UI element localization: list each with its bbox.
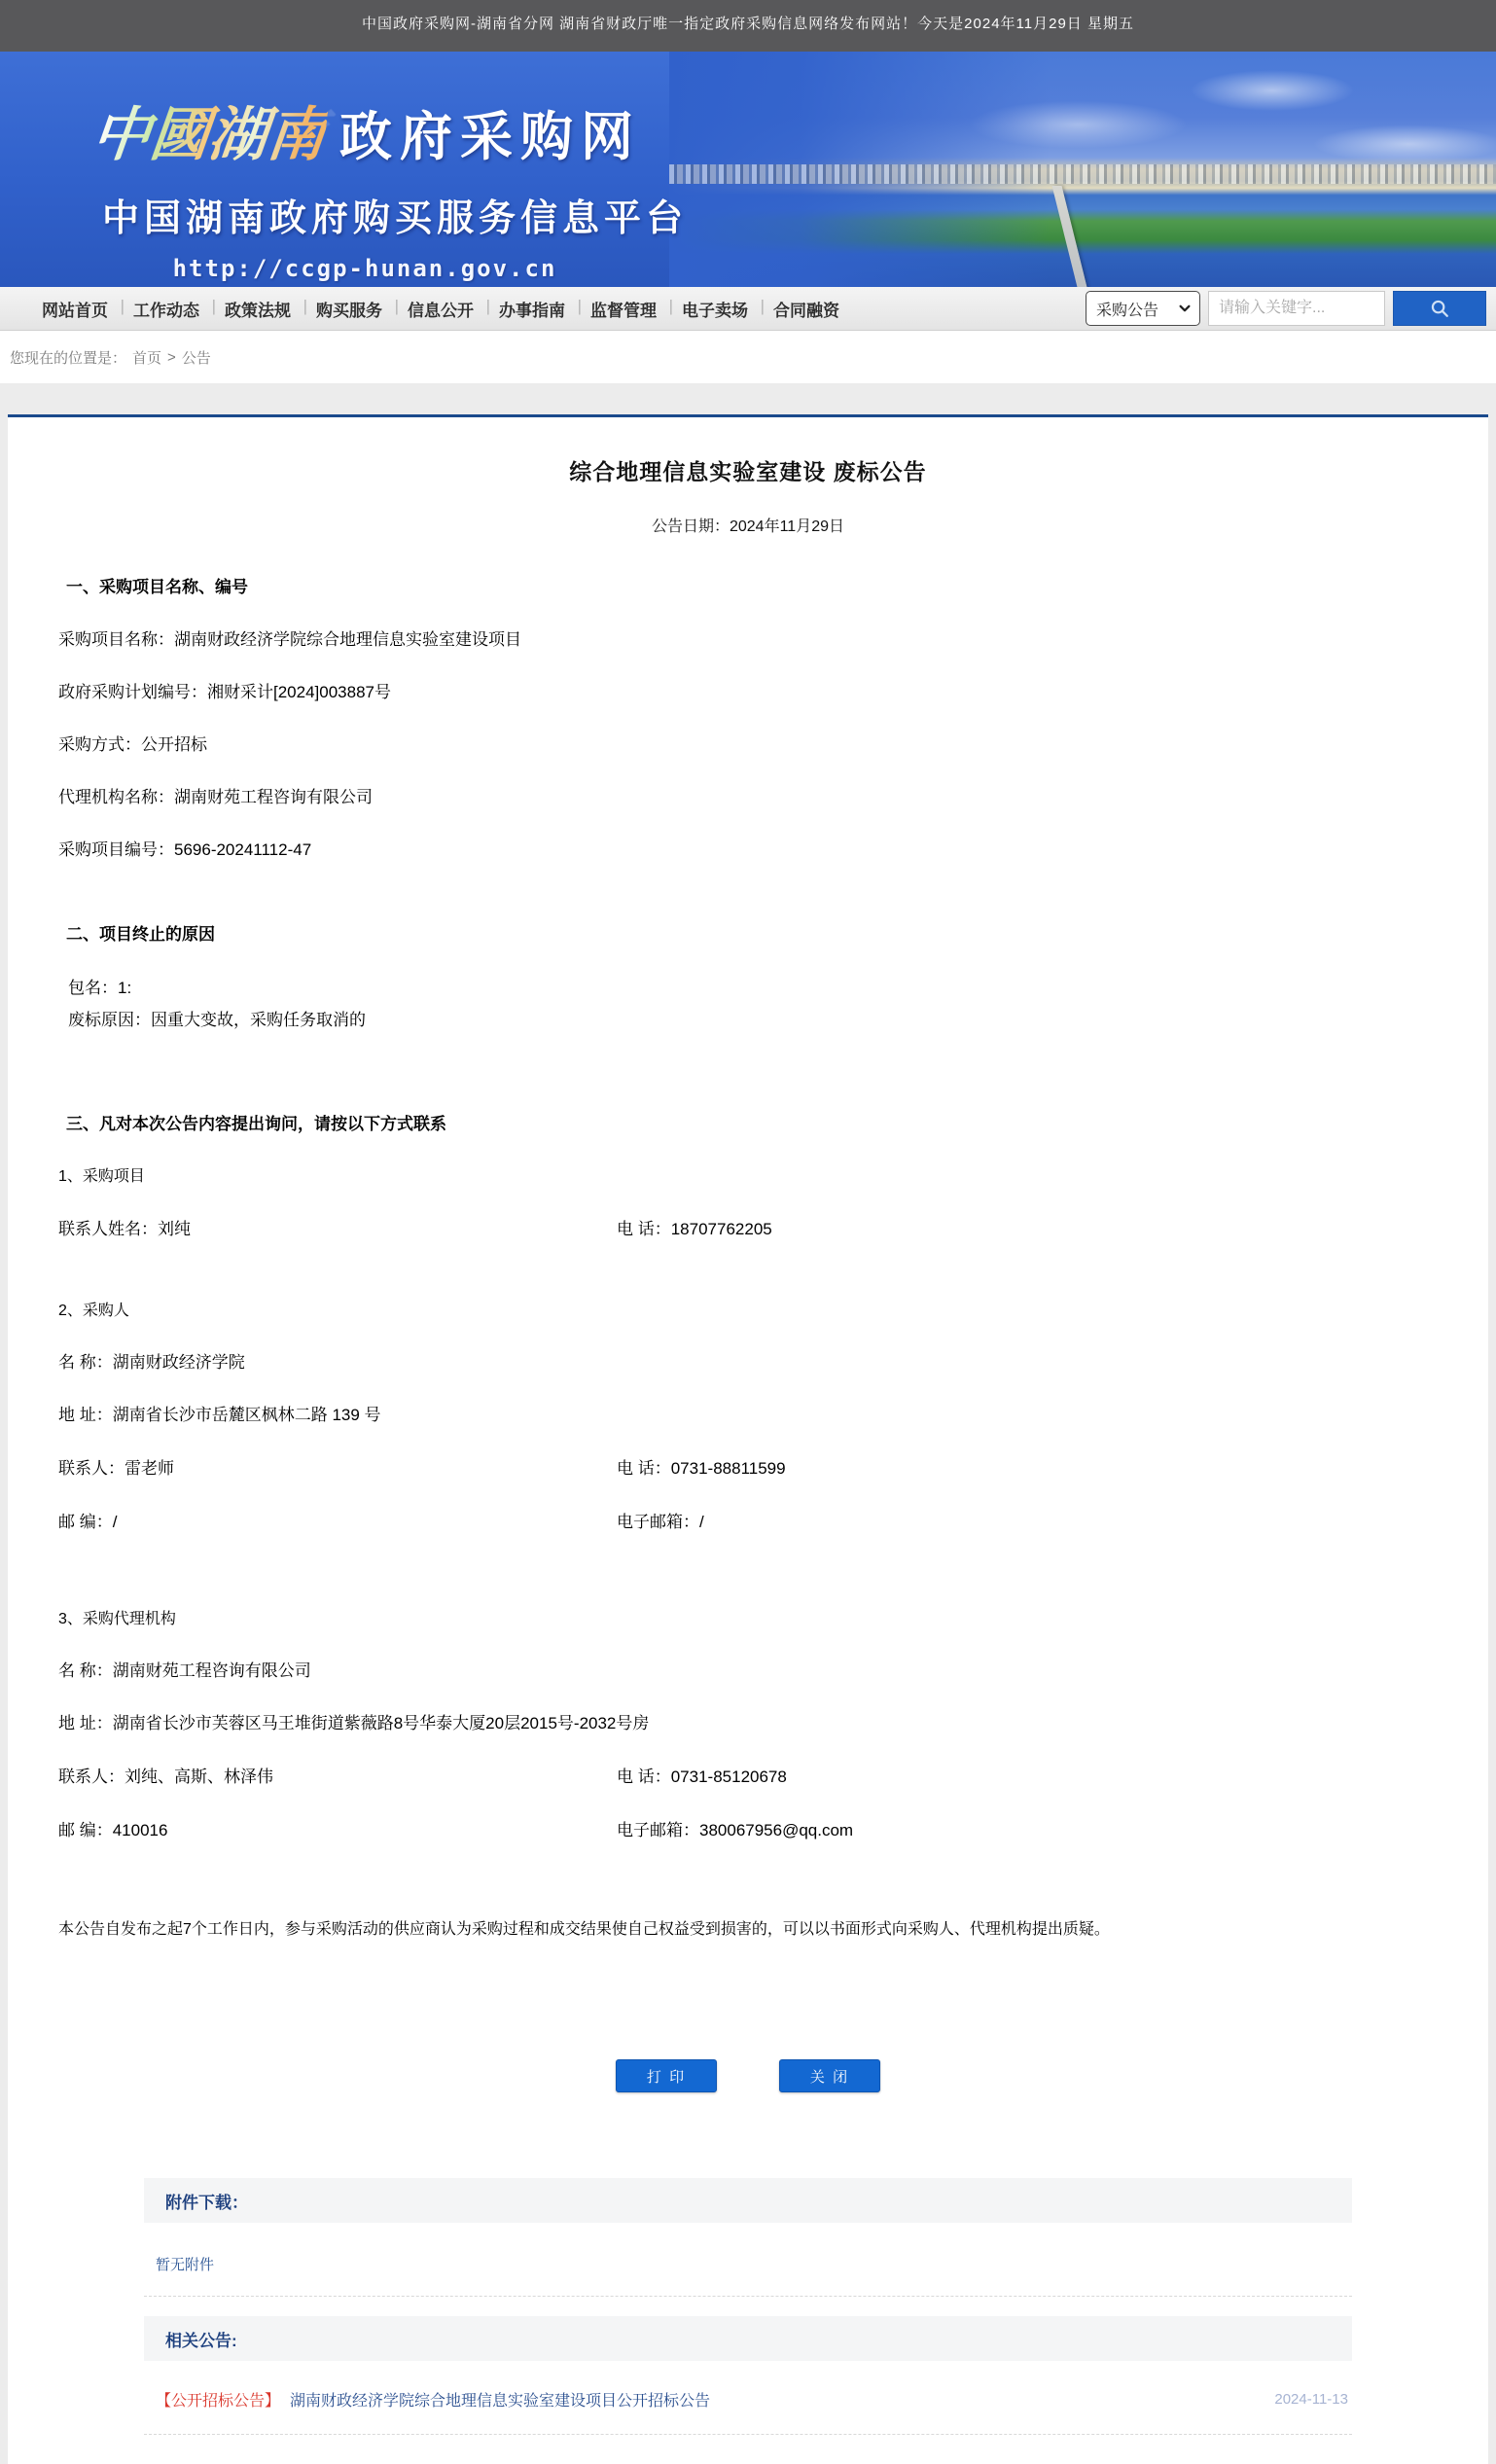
chevron-down-icon	[1178, 302, 1192, 315]
sub3-email: 电子邮箱：380067956@qq.com	[617, 1816, 853, 1840]
sub1-contact-name: 联系人姓名：刘纯	[58, 1215, 617, 1239]
logo-title-text: 政府采购网	[339, 95, 641, 170]
nav-item-info-disclosure[interactable]: 信息公开	[395, 297, 486, 321]
sub2-zip: 邮 编：/	[58, 1508, 617, 1532]
sub1-phone: 电 话：18707762205	[617, 1215, 772, 1239]
contact-sub1-label: 1、采购项目	[58, 1163, 1438, 1186]
project-name-line: 采购项目名称：湖南财政经济学院综合地理信息实验室建设项目	[58, 625, 1438, 650]
nav-item-contract-financing[interactable]: 合同融资	[761, 297, 852, 321]
nav-item-purchase-services[interactable]: 购买服务	[303, 297, 395, 321]
procurement-method-line: 采购方式：公开招标	[58, 731, 1438, 755]
sub2-name: 名 称：湖南财政经济学院	[58, 1348, 1438, 1373]
nav-item-work-news[interactable]: 工作动态	[121, 297, 212, 321]
breadcrumb-current[interactable]: 公告	[182, 347, 211, 368]
search-input[interactable]	[1208, 291, 1385, 326]
objection-notice: 本公告自发布之起7个工作日内，参与采购活动的供应商认为采购过程和成交结果使自己权…	[58, 1914, 1438, 1945]
agency-name-line: 代理机构名称：湖南财苑工程咨询有限公司	[58, 783, 1438, 807]
attachments-heading: 附件下载：	[165, 2189, 248, 2213]
project-number-line: 采购项目编号：5696-20241112-47	[58, 836, 1438, 860]
nav-item-home[interactable]: 网站首页	[29, 297, 121, 321]
section3-heading: 三、凡对本次公告内容提出询问，请按以下方式联系	[58, 1110, 1438, 1134]
search-category-value: 采购公告	[1096, 298, 1158, 320]
sub3-zip: 邮 编：410016	[58, 1816, 617, 1840]
sub2-address: 地 址：湖南省长沙市岳麓区枫林二路 139 号	[58, 1401, 1438, 1425]
topbar-text: 中国政府采购网-湖南省分网 湖南省财政厅唯一指定政府采购信息网络发布网站！今天是…	[362, 16, 1134, 32]
related-separator	[144, 2434, 1352, 2435]
nav-item-service-guide[interactable]: 办事指南	[486, 297, 578, 321]
search-button[interactable]	[1393, 291, 1486, 326]
attachments-empty-text: 暂无附件	[144, 2223, 1352, 2296]
related-header: 相关公告:	[144, 2316, 1352, 2361]
breadcrumb-gap	[0, 383, 1496, 414]
banner-subtitle: 中国湖南政府购买服务信息平台	[92, 188, 1496, 241]
sub3-address: 地 址：湖南省长沙市芙蓉区马王堆街道紫薇路8号华泰大厦20层2015号-2032…	[58, 1709, 1438, 1733]
sub2-email: 电子邮箱：/	[617, 1508, 704, 1532]
breadcrumb-prefix: 您现在的位置是：	[10, 347, 126, 368]
related-item-date: 2024-11-13	[1274, 2391, 1348, 2408]
related-item-link[interactable]: 湖南财政经济学院综合地理信息实验室建设项目公开招标公告	[290, 2388, 1255, 2410]
nav-item-policies[interactable]: 政策法规	[212, 297, 303, 321]
banner-url: http://ccgp-hunan.gov.cn	[92, 255, 637, 282]
nav-menu: 网站首页 工作动态 政策法规 购买服务 信息公开 办事指南 监督管理 电子卖场 …	[29, 297, 1086, 321]
publish-date: 公告日期：2024年11月29日	[58, 514, 1438, 536]
sub3-name: 名 称：湖南财苑工程咨询有限公司	[58, 1657, 1438, 1681]
sub3-phone: 电 话：0731-85120678	[617, 1763, 787, 1787]
site-banner: 中國湖南 政府采购网 中国湖南政府购买服务信息平台 http://ccgp-hu…	[0, 52, 1496, 287]
sub3-contact-name: 联系人：刘纯、高斯、林泽伟	[58, 1763, 617, 1787]
site-notice-topbar: 中国政府采购网-湖南省分网 湖南省财政厅唯一指定政府采购信息网络发布网站！今天是…	[0, 0, 1496, 52]
attachments-separator	[144, 2296, 1352, 2297]
sub2-phone: 电 话：0731-88811599	[617, 1454, 786, 1479]
related-heading: 相关公告:	[165, 2327, 237, 2351]
main-navbar: 网站首页 工作动态 政策法规 购买服务 信息公开 办事指南 监督管理 电子卖场 …	[0, 287, 1496, 331]
close-button[interactable]: 关 闭	[779, 2059, 880, 2092]
contact-sub2-label: 2、采购人	[58, 1298, 1438, 1320]
announcement-content-box: 综合地理信息实验室建设 废标公告 公告日期：2024年11月29日 一、采购项目…	[8, 414, 1488, 2464]
search-icon	[1429, 298, 1450, 319]
cancellation-reason-line: 废标原因：因重大变故，采购任务取消的	[68, 1004, 1438, 1036]
section1-heading: 一、采购项目名称、编号	[58, 573, 1438, 597]
plan-number-line: 政府采购计划编号：湘财采计[2024]003887号	[58, 678, 1438, 702]
breadcrumb-separator: >	[167, 349, 176, 366]
related-item-tag[interactable]: 【公开招标公告】	[156, 2388, 280, 2410]
sub2-contact-name: 联系人：雷老师	[58, 1454, 617, 1479]
related-announcement-item: 【公开招标公告】 湖南财政经济学院综合地理信息实验室建设项目公开招标公告 202…	[144, 2361, 1352, 2434]
attachments-header: 附件下载：	[144, 2178, 1352, 2223]
print-button[interactable]: 打 印	[616, 2059, 717, 2092]
breadcrumb: 您现在的位置是： 首页 > 公告	[0, 331, 1496, 383]
breadcrumb-home-link[interactable]: 首页	[132, 347, 161, 368]
page-title: 综合地理信息实验室建设 废标公告	[58, 454, 1438, 486]
nav-item-supervision[interactable]: 监督管理	[578, 297, 669, 321]
package-name-line: 包名：1:	[68, 972, 1438, 1004]
site-logo: 中國湖南 政府采购网	[92, 89, 1496, 172]
contact-sub3-label: 3、采购代理机构	[58, 1606, 1438, 1628]
search-group: 采购公告	[1086, 291, 1486, 326]
section2-heading: 二、项目终止的原因	[58, 920, 1438, 945]
logo-calligraphy-text: 中國湖南	[88, 89, 330, 172]
search-category-select[interactable]: 采购公告	[1086, 291, 1200, 326]
nav-item-emall[interactable]: 电子卖场	[669, 297, 761, 321]
